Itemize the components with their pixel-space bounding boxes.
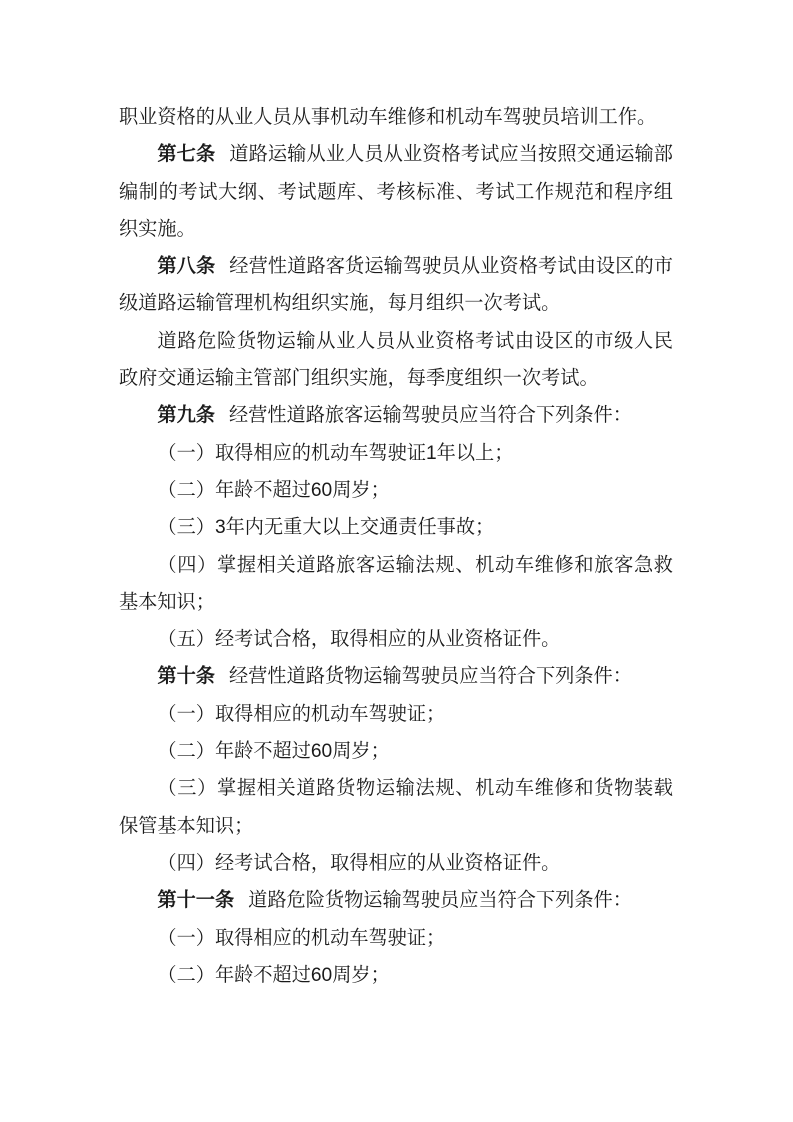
paragraph-article-9: 第九条经营性道路旅客运输驾驶员应当符合下列条件： (119, 397, 673, 434)
paragraph-text: 职业资格的从业人员从事机动车维修和机动车驾驶员培训工作。 (119, 107, 656, 128)
paragraph-text: （一）取得相应的机动车驾驶证1年以上； (157, 443, 513, 464)
list-item: （一）取得相应的机动车驾驶证； (119, 920, 673, 957)
document-page: 职业资格的从业人员从事机动车维修和机动车驾驶员培训工作。 第七条道路运输从业人员… (0, 0, 793, 1122)
list-item: （二）年龄不超过60周岁； (119, 957, 673, 994)
paragraph-text: 道路危险货物运输从业人员从业资格考试由设区的市级人民政府交通运输主管部门组织实施… (119, 331, 673, 389)
paragraph-text: （四）掌握相关道路旅客运输法规、机动车维修和旅客急救基本知识； (119, 555, 673, 613)
paragraph-text: （四）经考试合格，取得相应的从业资格证件。 (157, 853, 560, 874)
paragraph-article-10: 第十条经营性道路货物运输驾驶员应当符合下列条件： (119, 658, 673, 695)
list-item: （一）取得相应的机动车驾驶证1年以上； (119, 435, 673, 472)
article-number: 第十一条 (157, 890, 234, 911)
paragraph-text: （三）掌握相关道路货物运输法规、机动车维修和货物装载保管基本知识； (119, 778, 673, 836)
paragraph-text: （一）取得相应的机动车驾驶证； (157, 928, 445, 949)
list-item: （四）掌握相关道路旅客运输法规、机动车维修和旅客急救基本知识； (119, 547, 673, 622)
list-item: （三）3年内无重大以上交通责任事故； (119, 509, 673, 546)
paragraph-text: （二）年龄不超过60周岁； (157, 741, 389, 762)
paragraph-text: （二）年龄不超过60周岁； (157, 965, 389, 986)
article-number: 第十条 (157, 666, 215, 687)
list-item: （二）年龄不超过60周岁； (119, 733, 673, 770)
article-number: 第九条 (157, 405, 215, 426)
paragraph-article-7: 第七条道路运输从业人员从业资格考试应当按照交通运输部编制的考试大纲、考试题库、考… (119, 136, 673, 248)
list-item: （一）取得相应的机动车驾驶证； (119, 696, 673, 733)
paragraph-text: （一）取得相应的机动车驾驶证； (157, 704, 445, 725)
paragraph: 道路危险货物运输从业人员从业资格考试由设区的市级人民政府交通运输主管部门组织实施… (119, 323, 673, 398)
list-item: （二）年龄不超过60周岁； (119, 472, 673, 509)
paragraph-article-8: 第八条经营性道路客货运输驾驶员从业资格考试由设区的市级道路运输管理机构组织实施，… (119, 248, 673, 323)
document-text-block: 职业资格的从业人员从事机动车维修和机动车驾驶员培训工作。 第七条道路运输从业人员… (119, 99, 673, 994)
list-item: （三）掌握相关道路货物运输法规、机动车维修和货物装载保管基本知识； (119, 770, 673, 845)
list-item: （五）经考试合格，取得相应的从业资格证件。 (119, 621, 673, 658)
paragraph-text: 经营性道路旅客运输驾驶员应当符合下列条件： (229, 405, 632, 426)
article-number: 第八条 (157, 256, 215, 277)
list-item: （四）经考试合格，取得相应的从业资格证件。 (119, 845, 673, 882)
paragraph-text: （五）经考试合格，取得相应的从业资格证件。 (157, 629, 560, 650)
paragraph: 职业资格的从业人员从事机动车维修和机动车驾驶员培训工作。 (119, 99, 673, 136)
paragraph-text: 道路危险货物运输驾驶员应当符合下列条件： (248, 890, 632, 911)
paragraph-text: 经营性道路货物运输驾驶员应当符合下列条件： (229, 666, 632, 687)
paragraph-text: （三）3年内无重大以上交通责任事故； (157, 517, 494, 538)
article-number: 第七条 (157, 144, 215, 165)
paragraph-article-11: 第十一条道路危险货物运输驾驶员应当符合下列条件： (119, 882, 673, 919)
paragraph-text: （二）年龄不超过60周岁； (157, 480, 389, 501)
